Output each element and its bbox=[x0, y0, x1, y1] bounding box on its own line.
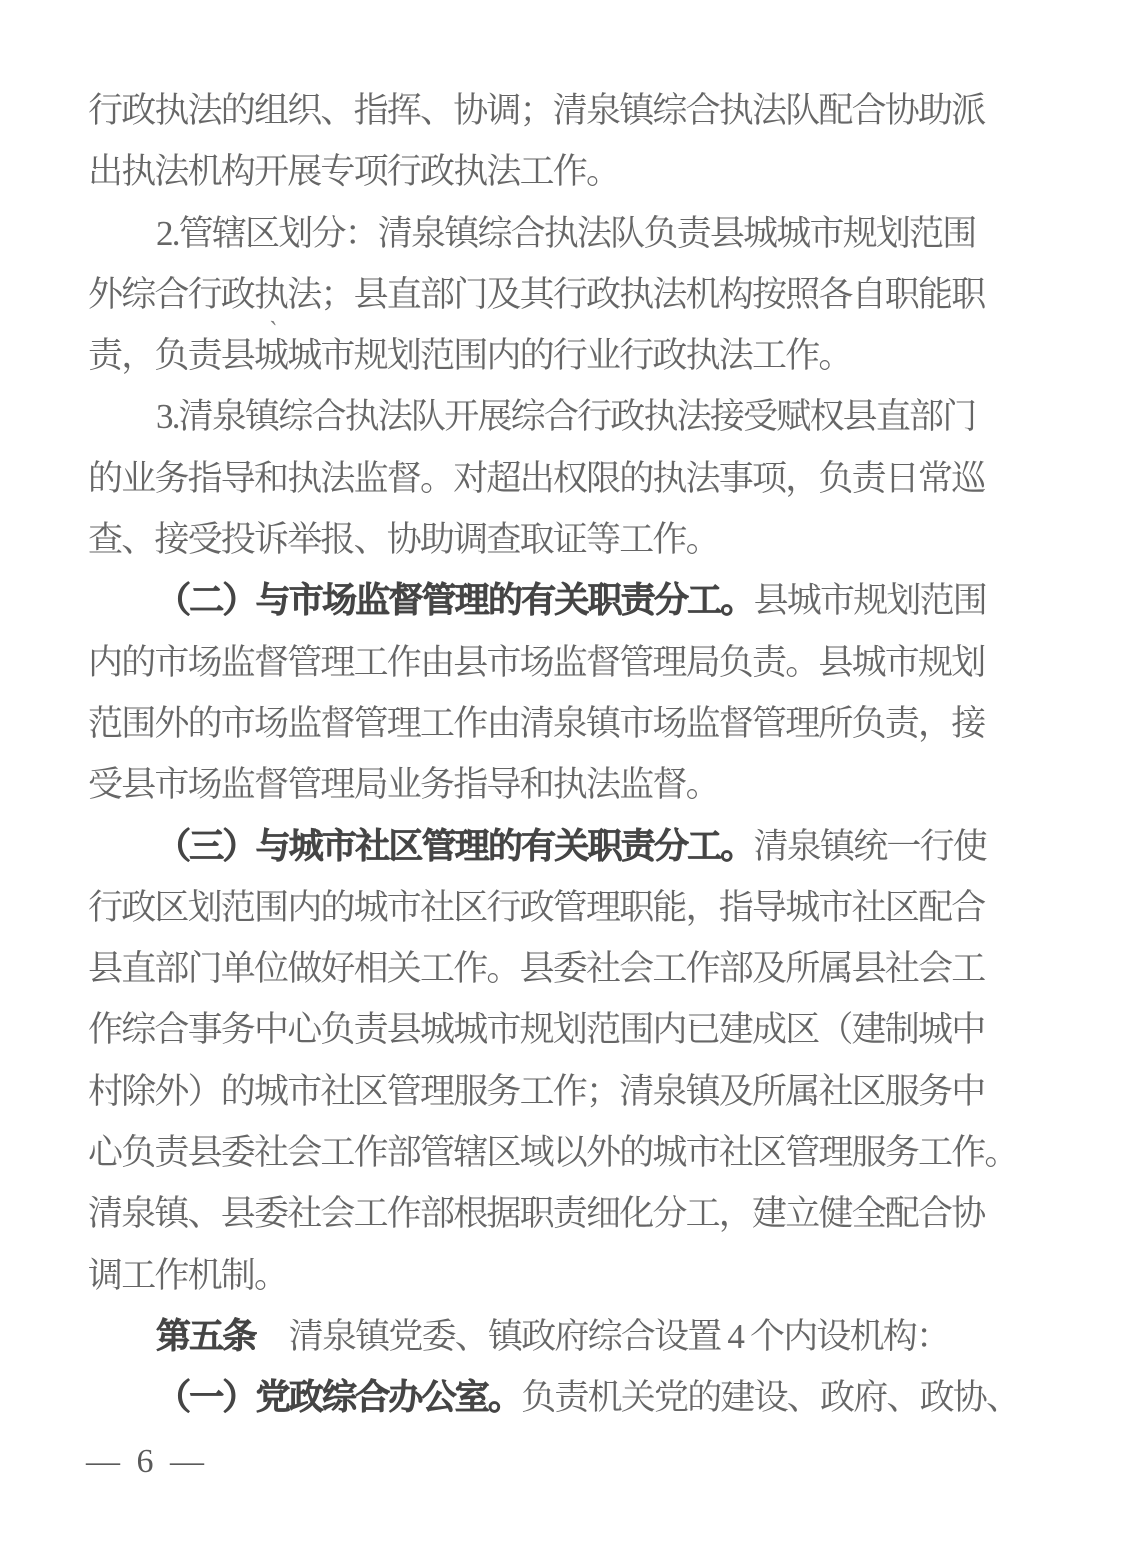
text-segment: 清泉镇、县委社会工作部根据职责细化分工，建立健全配合协 bbox=[88, 1194, 984, 1233]
text-line: 内的市场监督管理工作由县市场监督管理局负责。县城市规划 bbox=[88, 632, 1078, 693]
text-line: 责，负责县城城市规划范围内的行业行政执法工作。 bbox=[88, 325, 1078, 386]
scanned-document-page: 行政执法的组织、指挥、协调；清泉镇综合执法队配合协助派出执法机构开展专项行政执法… bbox=[0, 0, 1133, 1555]
text-segment: 清泉镇统一行使 bbox=[754, 827, 986, 866]
text-line: 第五条 清泉镇党委、镇政府综合设置 4 个内设机构： bbox=[88, 1306, 1078, 1367]
text-line: 行政执法的组织、指挥、协调；清泉镇综合执法队配合协助派 bbox=[88, 80, 1078, 141]
text-segment: 责，负责县城城市规划范围内的行业行政执法工作。 bbox=[88, 336, 852, 375]
text-line: 3.清泉镇综合执法队开展综合行政执法接受赋权县直部门 bbox=[88, 386, 1078, 447]
bold-heading-segment: （三）与城市社区管理的有关职责分工。 bbox=[156, 827, 754, 866]
text-segment: 心负责县委社会工作部管辖区域以外的城市社区管理服务工作。 bbox=[88, 1133, 1018, 1172]
text-line: （二）与市场监督管理的有关职责分工。县城市规划范围 bbox=[88, 570, 1078, 631]
text-segment: 行政执法的组织、指挥、协调；清泉镇综合执法队配合协助派 bbox=[88, 91, 984, 130]
text-segment: 清泉镇党委、镇政府综合设置 4 个内设机构： bbox=[256, 1317, 950, 1356]
text-line: 县直部门单位做好相关工作。县委社会工作部及所属县社会工 bbox=[88, 938, 1078, 999]
text-segment: 范围外的市场监督管理工作由清泉镇市场监督管理所负责，接 bbox=[88, 704, 984, 743]
bold-heading-segment: （二）与市场监督管理的有关职责分工。 bbox=[156, 581, 754, 620]
text-segment: 2.管辖区划分：清泉镇综合执法队负责县城城市规划范围 bbox=[156, 214, 975, 253]
text-segment: 外综合行政执法；县直部门及其行政执法机构按照各自职能职 bbox=[88, 275, 984, 314]
text-segment: 村除外）的城市社区管理服务工作；清泉镇及所属社区服务中 bbox=[88, 1072, 984, 1111]
text-segment: 出执法机构开展专项行政执法工作。 bbox=[88, 152, 619, 191]
page-number: — 6 — bbox=[86, 1441, 205, 1483]
text-segment: 调工作机制。 bbox=[88, 1256, 287, 1295]
text-segment: 作综合事务中心负责县城城市规划范围内已建成区（建制城中 bbox=[88, 1010, 984, 1049]
text-line: 心负责县委社会工作部管辖区域以外的城市社区管理服务工作。 bbox=[88, 1122, 1078, 1183]
text-segment: 查、接受投诉举报、协助调查取证等工作。 bbox=[88, 520, 719, 559]
text-segment: 县直部门单位做好相关工作。县委社会工作部及所属县社会工 bbox=[88, 949, 984, 988]
text-segment: 的业务指导和执法监督。对超出权限的执法事项，负责日常巡 bbox=[88, 459, 984, 498]
text-line: 行政区划范围内的城市社区行政管理职能，指导城市社区配合 bbox=[88, 877, 1078, 938]
text-line: 村除外）的城市社区管理服务工作；清泉镇及所属社区服务中 bbox=[88, 1061, 1078, 1122]
text-line: 2.管辖区划分：清泉镇综合执法队负责县城城市规划范围 bbox=[88, 203, 1078, 264]
document-body: 行政执法的组织、指挥、协调；清泉镇综合执法队配合协助派出执法机构开展专项行政执法… bbox=[88, 80, 1078, 1429]
text-line: （三）与城市社区管理的有关职责分工。清泉镇统一行使 bbox=[88, 816, 1078, 877]
text-line: 受县市场监督管理局业务指导和执法监督。 bbox=[88, 754, 1078, 815]
text-line: （一）党政综合办公室。负责机关党的建设、政府、政协、 bbox=[88, 1367, 1078, 1428]
text-segment: 受县市场监督管理局业务指导和执法监督。 bbox=[88, 765, 719, 804]
text-segment: 行政区划范围内的城市社区行政管理职能，指导城市社区配合 bbox=[88, 888, 984, 927]
bold-heading-segment: 第五条 bbox=[156, 1317, 256, 1356]
text-line: 范围外的市场监督管理工作由清泉镇市场监督管理所负责，接 bbox=[88, 693, 1078, 754]
text-line: 的业务指导和执法监督。对超出权限的执法事项，负责日常巡 bbox=[88, 448, 1078, 509]
text-line: 出执法机构开展专项行政执法工作。 bbox=[88, 141, 1078, 202]
text-line: 外综合行政执法；县直部门及其行政执法机构按照各自职能职 bbox=[88, 264, 1078, 325]
bold-heading-segment: （一）党政综合办公室。 bbox=[156, 1378, 521, 1417]
text-line: 作综合事务中心负责县城城市规划范围内已建成区（建制城中 bbox=[88, 999, 1078, 1060]
text-line: 清泉镇、县委社会工作部根据职责细化分工，建立健全配合协 bbox=[88, 1183, 1078, 1244]
text-segment: 县城市规划范围 bbox=[754, 581, 986, 620]
text-segment: 3.清泉镇综合执法队开展综合行政执法接受赋权县直部门 bbox=[156, 397, 975, 436]
text-segment: 内的市场监督管理工作由县市场监督管理局负责。县城市规划 bbox=[88, 643, 984, 682]
text-line: 调工作机制。 bbox=[88, 1245, 1078, 1306]
text-segment: 负责机关党的建设、政府、政协、 bbox=[521, 1378, 1019, 1417]
text-line: 查、接受投诉举报、协助调查取证等工作。 bbox=[88, 509, 1078, 570]
